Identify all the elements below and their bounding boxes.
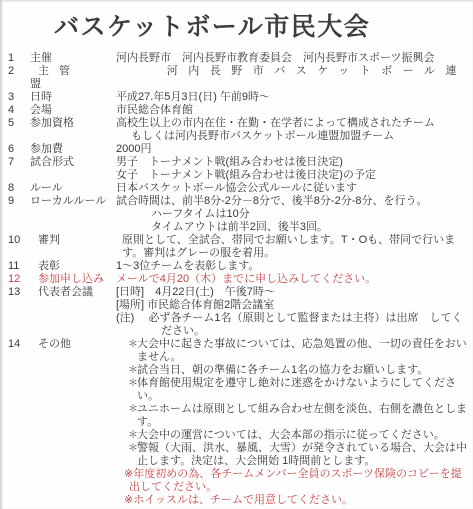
item-label: 主管 <box>30 65 116 78</box>
item-number: 4 <box>8 104 30 117</box>
item-value: メールで4月20（木）までに申し込みしてください。 <box>116 273 467 286</box>
item-number: 3 <box>8 91 30 104</box>
item-value: 日本バスケットボール協会公式ルールに従います <box>116 182 467 195</box>
item-value: ハーフタイムは10分 <box>116 208 467 221</box>
spacer <box>8 208 30 221</box>
item-row-12: 12 参加申し込み メールで4月20（木）までに申し込みしてください。 <box>8 273 467 286</box>
item-value: 2000円 <box>116 143 467 156</box>
bullet-item: ＊ 大会中の運営については、大会本部の指示に従ってください。 <box>116 429 467 442</box>
item-row-2: 2 主管 河内長野市バスケットボール連 <box>8 65 467 78</box>
item-number: 14 <box>8 338 30 507</box>
item-number: 8 <box>8 182 30 195</box>
item-row-4: 4 会場 市民総合体育館 <box>8 104 467 117</box>
item-number: 7 <box>8 156 30 169</box>
spacer <box>30 299 116 312</box>
spacer <box>8 130 30 143</box>
item-number: 6 <box>8 143 30 156</box>
item-label: 日時 <box>30 91 116 104</box>
spacer <box>30 208 116 221</box>
spacer <box>8 312 30 338</box>
item-label: 審判 <box>30 234 116 260</box>
item-number: 2 <box>8 65 30 78</box>
note-item: ※年度初めの為、各チームメンバー全員のスポーツ保険のコピーを提出してください。 <box>124 468 467 494</box>
item-number: 12 <box>8 273 30 286</box>
bullet-icon: ＊ <box>116 442 137 468</box>
note-item: ※ホイッスルは、チームで用意してください。 <box>124 494 467 507</box>
spacer <box>8 299 30 312</box>
item-value: 河内長野市 河内長野市教育委員会 河内長野市スポーツ振興会 <box>116 52 467 65</box>
item-label: ローカルルール <box>30 195 116 208</box>
item-row-9-wrap: ハーフタイムは10分 <box>8 208 467 221</box>
item-number: 11 <box>8 260 30 273</box>
spacer <box>30 221 116 234</box>
item-value: 河内長野市バスケットボール連 <box>116 65 467 78</box>
item-value: (注) 必ず各チーム1名（原則として監督または主将）は出席 してください。 <box>116 312 467 338</box>
bullet-item: ＊ ユニホームは原則として組み合わせ左側を淡色、右側を濃色とします。 <box>116 403 467 429</box>
spacer <box>30 312 116 338</box>
spacer <box>8 221 30 234</box>
bullet-text: ユニホームは原則として組み合わせ左側を淡色、右側を濃色とします。 <box>137 403 467 429</box>
item-number: 10 <box>8 234 30 260</box>
item-number: 5 <box>8 117 30 130</box>
item-label: 表彰 <box>30 260 116 273</box>
other-bullet-list: ＊ 大会中に起きた事故については、応急処置の他、一切の責任をおいません。 ＊ 試… <box>116 338 467 468</box>
item-value: 女子 トーナメント戦(組み合わせは後日決定)の予定 <box>116 169 467 182</box>
item-row-7-wrap: 女子 トーナメント戦(組み合わせは後日決定)の予定 <box>8 169 467 182</box>
item-label: その他 <box>30 338 116 507</box>
item-row-13: 13 代表者会議 [日時] 4月22日(土) 午後7時～ <box>8 286 467 299</box>
item-label: 参加申し込み <box>30 273 116 286</box>
item-value: タイムアウトは前半2回、後半3回。 <box>116 221 467 234</box>
spacer <box>30 169 116 182</box>
bullet-icon: ＊ <box>116 403 137 429</box>
item-label: 参加費 <box>30 143 116 156</box>
document-body: 1 主催 河内長野市 河内長野市教育委員会 河内長野市スポーツ振興会 2 主管 … <box>0 50 473 507</box>
item-value: ＊ 大会中に起きた事故については、応急処置の他、一切の責任をおいません。 ＊ 試… <box>116 338 467 507</box>
item-number: 13 <box>8 286 30 299</box>
item-row-11: 11 表彰 1～3位チームを表彰します。 <box>8 260 467 273</box>
item-row-13-note: (注) 必ず各チーム1名（原則として監督または主将）は出席 してください。 <box>8 312 467 338</box>
item-value: もしくは河内長野市バスケットボール連盟加盟チーム <box>116 130 467 143</box>
item-row-6: 6 参加費 2000円 <box>8 143 467 156</box>
item-value: 男子 トーナメント戦(組み合わせは後日決定) <box>116 156 467 169</box>
item-row-5: 5 参加資格 高校生以上の市内在住・在勤・在学者によって構成されたチーム <box>8 117 467 130</box>
item-value: 1～3位チームを表彰します。 <box>116 260 467 273</box>
bullet-item: ＊ 大会中に起きた事故については、応急処置の他、一切の責任をおいません。 <box>116 338 467 364</box>
bullet-text: 大会中の運営については、大会本部の指示に従ってください。 <box>137 429 467 442</box>
item-row-3: 3 日時 平成27.年5月3日(日) 午前9時～ <box>8 91 467 104</box>
bullet-icon: ＊ <box>116 364 137 377</box>
item-label: 主催 <box>30 52 116 65</box>
spacer <box>8 169 30 182</box>
item-value: 市民総合体育館 <box>116 104 467 117</box>
item-value: 高校生以上の市内在住・在勤・在学者によって構成されたチーム <box>116 117 467 130</box>
item-row-1: 1 主催 河内長野市 河内長野市教育委員会 河内長野市スポーツ振興会 <box>8 52 467 65</box>
bullet-item: ＊ 体育館使用規定を遵守し絶対に迷惑をかけないようにしてください。 <box>116 377 467 403</box>
red-note-list: ※年度初めの為、各チームメンバー全員のスポーツ保険のコピーを提出してください。 … <box>124 468 467 507</box>
item-label: 会場 <box>30 104 116 117</box>
bullet-item: ＊ 警報（大雨、洪水、暴風、大雪）が発令されている場合、大会は中止します。決定は… <box>116 442 467 468</box>
bullet-text: 体育館使用規定を遵守し絶対に迷惑をかけないようにしてください。 <box>137 377 467 403</box>
item-number: 1 <box>8 52 30 65</box>
document-page: バスケットボール市民大会 1 主催 河内長野市 河内長野市教育委員会 河内長野市… <box>0 0 473 509</box>
item-value-wrap: 盟 <box>30 78 116 91</box>
spacer <box>30 130 116 143</box>
spacer <box>116 78 467 91</box>
item-row-14: 14 その他 ＊ 大会中に起きた事故については、応急処置の他、一切の責任をおいま… <box>8 338 467 507</box>
bullet-text: 警報（大雨、洪水、暴風、大雪）が発令されている場合、大会は中止します。決定は、大… <box>137 442 467 468</box>
item-label: 代表者会議 <box>30 286 116 299</box>
item-value: [場所] 市民総合体育館2階会議室 <box>116 299 467 312</box>
bullet-item: ＊ 試合当日、朝の準備に各チーム1名の協力をお願いします。 <box>116 364 467 377</box>
item-row-9: 9 ローカルルール 試合時間は、前半8分-2分－8分で、後半8分-2分-8分、を… <box>8 195 467 208</box>
page-title: バスケットボール市民大会 <box>0 0 473 50</box>
bullet-icon: ＊ <box>116 377 137 403</box>
item-value: 原則として、全試合、帯同でお願いします。T・Oも、帯同で行います。審判はグレーの… <box>116 234 467 260</box>
item-row-13-wrap: [場所] 市民総合体育館2階会議室 <box>8 299 467 312</box>
bullet-text: 試合当日、朝の準備に各チーム1名の協力をお願いします。 <box>137 364 467 377</box>
item-label: 参加資格 <box>30 117 116 130</box>
item-row-5-wrap: もしくは河内長野市バスケットボール連盟加盟チーム <box>8 130 467 143</box>
bullet-icon: ＊ <box>116 338 137 364</box>
bullet-text: 大会中に起きた事故については、応急処置の他、一切の責任をおいません。 <box>137 338 467 364</box>
item-row-9-wrap2: タイムアウトは前半2回、後半3回。 <box>8 221 467 234</box>
spacer <box>8 78 30 91</box>
item-row-8: 8 ルール 日本バスケットボール協会公式ルールに従います <box>8 182 467 195</box>
item-value: 試合時間は、前半8分-2分－8分で、後半8分-2分-8分、を行う。 <box>116 195 467 208</box>
item-label: ルール <box>30 182 116 195</box>
bullet-icon: ＊ <box>116 429 137 442</box>
item-row-2-wrap: 盟 <box>8 78 467 91</box>
item-row-7: 7 試合形式 男子 トーナメント戦(組み合わせは後日決定) <box>8 156 467 169</box>
item-value: [日時] 4月22日(土) 午後7時～ <box>116 286 467 299</box>
item-label: 試合形式 <box>30 156 116 169</box>
item-value: 平成27.年5月3日(日) 午前9時～ <box>116 91 467 104</box>
item-number: 9 <box>8 195 30 208</box>
item-row-10: 10 審判 原則として、全試合、帯同でお願いします。T・Oも、帯同で行います。審… <box>8 234 467 260</box>
